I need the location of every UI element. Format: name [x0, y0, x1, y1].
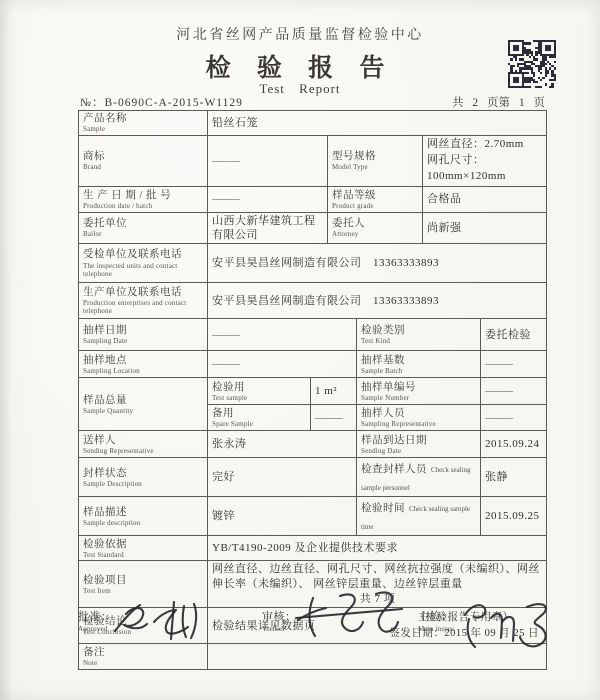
value-sampling-location: ——— — [208, 351, 357, 378]
value-sampling-date: ——— — [208, 319, 357, 351]
table-row: 送样人 Sending Representative 张永涛 样品到达日期 Se… — [79, 431, 547, 458]
label-sample-description-state: 封样状态 Sample Description — [79, 458, 208, 497]
label-production-date: 生 产 日 期 / 批 号 Production date / batch — [79, 186, 208, 212]
table-row: 检验项目 Test Item 网丝直径、边丝直径、网孔尺寸、网丝抗拉强度（未编织… — [79, 561, 547, 608]
table-row: 封样状态 Sample Description 完好 检查封样人员 Check … — [79, 458, 547, 497]
label-test-standard: 检验依据 Test Standard — [79, 536, 208, 561]
table-row: 抽样地点 Sampling Location ——— 抽样基数 Sample B… — [79, 351, 547, 378]
label-sample: 产品名称 Sample — [79, 111, 208, 136]
value-test-sample: 1 m² — [311, 378, 357, 405]
report-table: 产品名称 Sample 铅丝石笼 商标 Brand ——— 型号规格 Model… — [78, 110, 547, 670]
table-row: 生产单位及联系电话 Production enterprises and con… — [79, 283, 547, 319]
label-product-grade: 样品等级 Product grade — [328, 186, 423, 212]
main-inspector-label: 主检： Main inspec — [418, 611, 538, 633]
label-bailor: 委托单位 Bailor — [79, 212, 208, 244]
verifier-label: 审核： Verifier — [262, 611, 382, 633]
label-model-type: 型号规格 Model Type — [328, 136, 423, 187]
table-row: 产品名称 Sample 铅丝石笼 — [79, 111, 547, 136]
value-brand: ——— — [208, 136, 328, 187]
value-production-unit: 安平县昊昌丝网制造有限公司 13363333893 — [208, 283, 547, 319]
table-row: 样品总量 Sample Quantity 检验用 Test sample 1 m… — [79, 378, 547, 405]
report-number-value: B-0690C-A-2015-W1129 — [104, 97, 242, 109]
value-test-standard: YB/T4190-2009 及企业提供技术要求 — [208, 536, 547, 561]
value-sending-date: 2015.09.24 — [481, 431, 547, 458]
label-sampling-date: 抽样日期 Sampling Date — [79, 319, 208, 351]
value-spare-sample: ——— — [311, 405, 357, 431]
value-sample-description: 镀锌 — [208, 497, 357, 536]
value-inspected-unit: 安平县昊昌丝网制造有限公司 13363333893 — [208, 244, 547, 283]
approved-label: 批准： Approved — [78, 611, 198, 633]
value-model-type: 网丝直径：2.70mm 网孔尺寸：100mm×120mm — [423, 136, 547, 187]
label-test-item: 检验项目 Test Item — [79, 561, 208, 608]
label-sampling-representative: 抽样人员 Sampling Representative — [357, 405, 481, 431]
report-number: №：B-0690C-A-2015-W1129 — [80, 94, 243, 110]
page-info: 共 2 页第 1 页 — [452, 94, 545, 110]
value-test-item: 网丝直径、边丝直径、网孔尺寸、网丝抗拉强度（未编织）、网丝伸长率（未编织）、 网… — [208, 561, 547, 608]
label-note: 备注 Note — [79, 644, 208, 670]
table-row: 检验依据 Test Standard YB/T4190-2009 及企业提供技术… — [79, 536, 547, 561]
test-item-count: 共 7 项 — [212, 592, 543, 606]
value-test-time: 2015.09.25 — [481, 497, 547, 536]
table-row: 备注 Note — [79, 644, 547, 670]
label-sample-quantity: 样品总量 Sample Quantity — [79, 378, 208, 431]
report-page: 河北省丝网产品质量监督检验中心 检 验 报 告 Test Report №：B-… — [0, 0, 600, 700]
value-sample-number: ——— — [481, 378, 547, 405]
value-attorney: 尚新强 — [423, 212, 547, 244]
value-sample-batch: ——— — [481, 351, 547, 378]
value-product-grade: 合格品 — [423, 186, 547, 212]
value-sample-description-state: 完好 — [208, 458, 357, 497]
label-sample-batch: 抽样基数 Sample Batch — [357, 351, 481, 378]
label-attorney: 委托人 Attorney — [328, 212, 423, 244]
value-check-sealing-personnel: 张静 — [481, 458, 547, 497]
value-sending-representative: 张永涛 — [208, 431, 357, 458]
value-note — [208, 644, 547, 670]
table-row: 商标 Brand ——— 型号规格 Model Type 网丝直径：2.70mm… — [79, 136, 547, 187]
qr-code — [508, 40, 556, 88]
table-row: 委托单位 Bailor 山西大新华建筑工程有限公司 委托人 Attorney 尚… — [79, 212, 547, 244]
label-inspected-unit: 受检单位及联系电话 The inspected units and contac… — [79, 244, 208, 283]
label-sending-representative: 送样人 Sending Representative — [79, 431, 208, 458]
value-sample: 铅丝石笼 — [208, 111, 547, 136]
label-sample-number: 抽样单编号 Sample Number — [357, 378, 481, 405]
value-production-date: ——— — [208, 186, 328, 212]
value-sampling-representative: ——— — [481, 405, 547, 431]
table-row: 抽样日期 Sampling Date ——— 检验类别 Test Kind 委托… — [79, 319, 547, 351]
table-row: 样品描述 Sample description 镀锌 检验时间 Check se… — [79, 497, 547, 536]
label-brand: 商标 Brand — [79, 136, 208, 187]
value-bailor: 山西大新华建筑工程有限公司 — [208, 212, 328, 244]
label-test-time: 检验时间 Check sealing sample time — [357, 497, 481, 536]
label-test-kind: 检验类别 Test Kind — [357, 319, 481, 351]
label-sending-date: 样品到达日期 Sending Date — [357, 431, 481, 458]
label-sample-description: 样品描述 Sample description — [79, 497, 208, 536]
label-sampling-location: 抽样地点 Sampling Location — [79, 351, 208, 378]
table-row: 受检单位及联系电话 The inspected units and contac… — [79, 244, 547, 283]
report-number-label: №： — [80, 97, 104, 109]
label-spare-sample: 备用 Spare Sample — [208, 405, 311, 431]
value-test-kind: 委托检验 — [481, 319, 547, 351]
label-test-sample: 检验用 Test sample — [208, 378, 311, 405]
label-production-unit: 生产单位及联系电话 Production enterprises and con… — [79, 283, 208, 319]
table-row: 生 产 日 期 / 批 号 Production date / batch ——… — [79, 186, 547, 212]
label-check-sealing-personnel: 检查封样人员 Check sealing sample personnel — [357, 458, 481, 497]
